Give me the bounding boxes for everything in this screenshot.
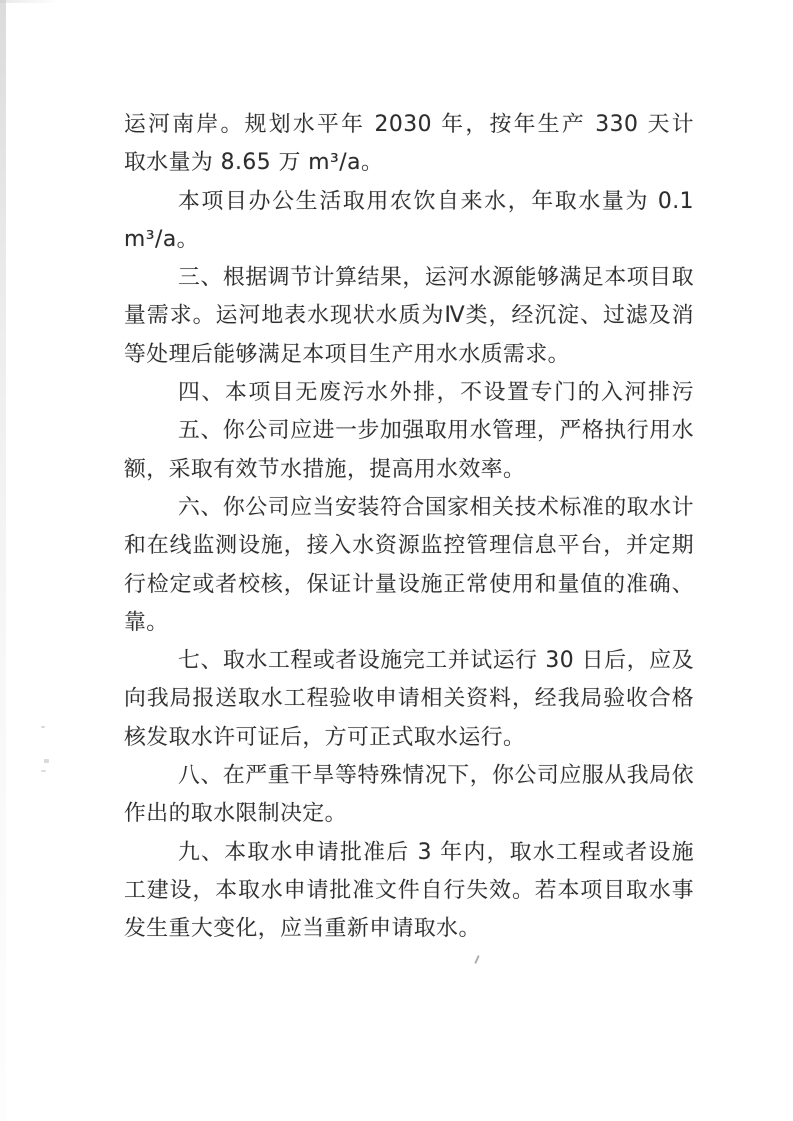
text-line: 量需求。运河地表水现状水质为Ⅳ类，经沉淀、过滤及消毒 xyxy=(124,297,694,335)
text-block: 运河南岸。规划水平年 2030 年，按年生产 330 天计算，年 取水量为 8.… xyxy=(124,106,694,949)
text-line: 核发取水许可证后，方可正式取水运行。 xyxy=(124,719,694,757)
scanned-document-page: 运河南岸。规划水平年 2030 年，按年生产 330 天计算，年 取水量为 8.… xyxy=(0,0,793,1121)
text-line: 运河南岸。规划水平年 2030 年，按年生产 330 天计算，年 xyxy=(124,106,694,144)
paragraph-item-6: 六、你公司应当安装符合国家相关技术标准的取水计量 和在线监测设施，接入水资源监控… xyxy=(124,489,694,642)
text-line: 八、在严重干旱等特殊情况下，你公司应服从我局依法 xyxy=(124,757,694,795)
text-line: 五、你公司应进一步加强取用水管理，严格执行用水定 xyxy=(124,412,694,450)
text-line: 六、你公司应当安装符合国家相关技术标准的取水计量 xyxy=(124,489,694,527)
text-line: m³/a。 xyxy=(124,221,694,259)
paragraph-item-4: 四、本项目无废污水外排，不设置专门的入河排污口。 xyxy=(124,374,694,412)
scan-speck xyxy=(474,955,479,964)
text-line: 向我局报送取水工程验收申请相关资料，经我局验收合格并 xyxy=(124,680,694,718)
text-line: 工建设，本取水申请批准文件自行失效。若本项目取水事项 xyxy=(124,872,694,910)
text-line: 三、根据调节计算结果，运河水源能够满足本项目取水 xyxy=(124,259,694,297)
scan-speck xyxy=(41,726,45,728)
scan-speck xyxy=(44,759,49,763)
scan-edge-artifact xyxy=(0,0,60,3)
paragraph-item-5: 五、你公司应进一步加强取用水管理，严格执行用水定 额，采取有效节水措施，提高用水… xyxy=(124,412,694,489)
paragraph-item-3: 三、根据调节计算结果，运河水源能够满足本项目取水 量需求。运河地表水现状水质为Ⅳ… xyxy=(124,259,694,374)
paragraph-item-9: 九、本取水申请批准后 3 年内，取水工程或者设施未开 工建设，本取水申请批准文件… xyxy=(124,834,694,949)
text-line: 四、本项目无废污水外排，不设置专门的入河排污口。 xyxy=(124,374,694,412)
text-line: 作出的取水限制决定。 xyxy=(124,795,694,833)
text-line: 和在线监测设施，接入水资源监控管理信息平台，并定期进 xyxy=(124,527,694,565)
paragraph-domestic-water: 本项目办公生活取用农饮自来水，年取水量为 0.1 万 m³/a。 xyxy=(124,183,694,260)
text-line: 七、取水工程或者设施完工并试运行 30 日后，应及时 xyxy=(124,642,694,680)
text-line: 行检定或者校核，保证计量设施正常使用和量值的准确、可 xyxy=(124,566,694,604)
scan-edge-artifact xyxy=(0,0,6,1121)
paragraph-continuation: 运河南岸。规划水平年 2030 年，按年生产 330 天计算，年 取水量为 8.… xyxy=(124,106,694,183)
text-line: 额，采取有效节水措施，提高用水效率。 xyxy=(124,451,694,489)
paragraph-item-8: 八、在严重干旱等特殊情况下，你公司应服从我局依法 作出的取水限制决定。 xyxy=(124,757,694,834)
text-line: 靠。 xyxy=(124,604,694,642)
paragraph-item-7: 七、取水工程或者设施完工并试运行 30 日后，应及时 向我局报送取水工程验收申请… xyxy=(124,642,694,757)
text-line: 等处理后能够满足本项目生产用水水质需求。 xyxy=(124,336,694,374)
text-line: 发生重大变化，应当重新申请取水。 xyxy=(124,910,694,948)
text-line: 取水量为 8.65 万 m³/a。 xyxy=(124,144,694,182)
text-line: 本项目办公生活取用农饮自来水，年取水量为 0.1 万 xyxy=(124,183,694,221)
text-line: 九、本取水申请批准后 3 年内，取水工程或者设施未开 xyxy=(124,834,694,872)
scan-speck xyxy=(41,770,46,772)
